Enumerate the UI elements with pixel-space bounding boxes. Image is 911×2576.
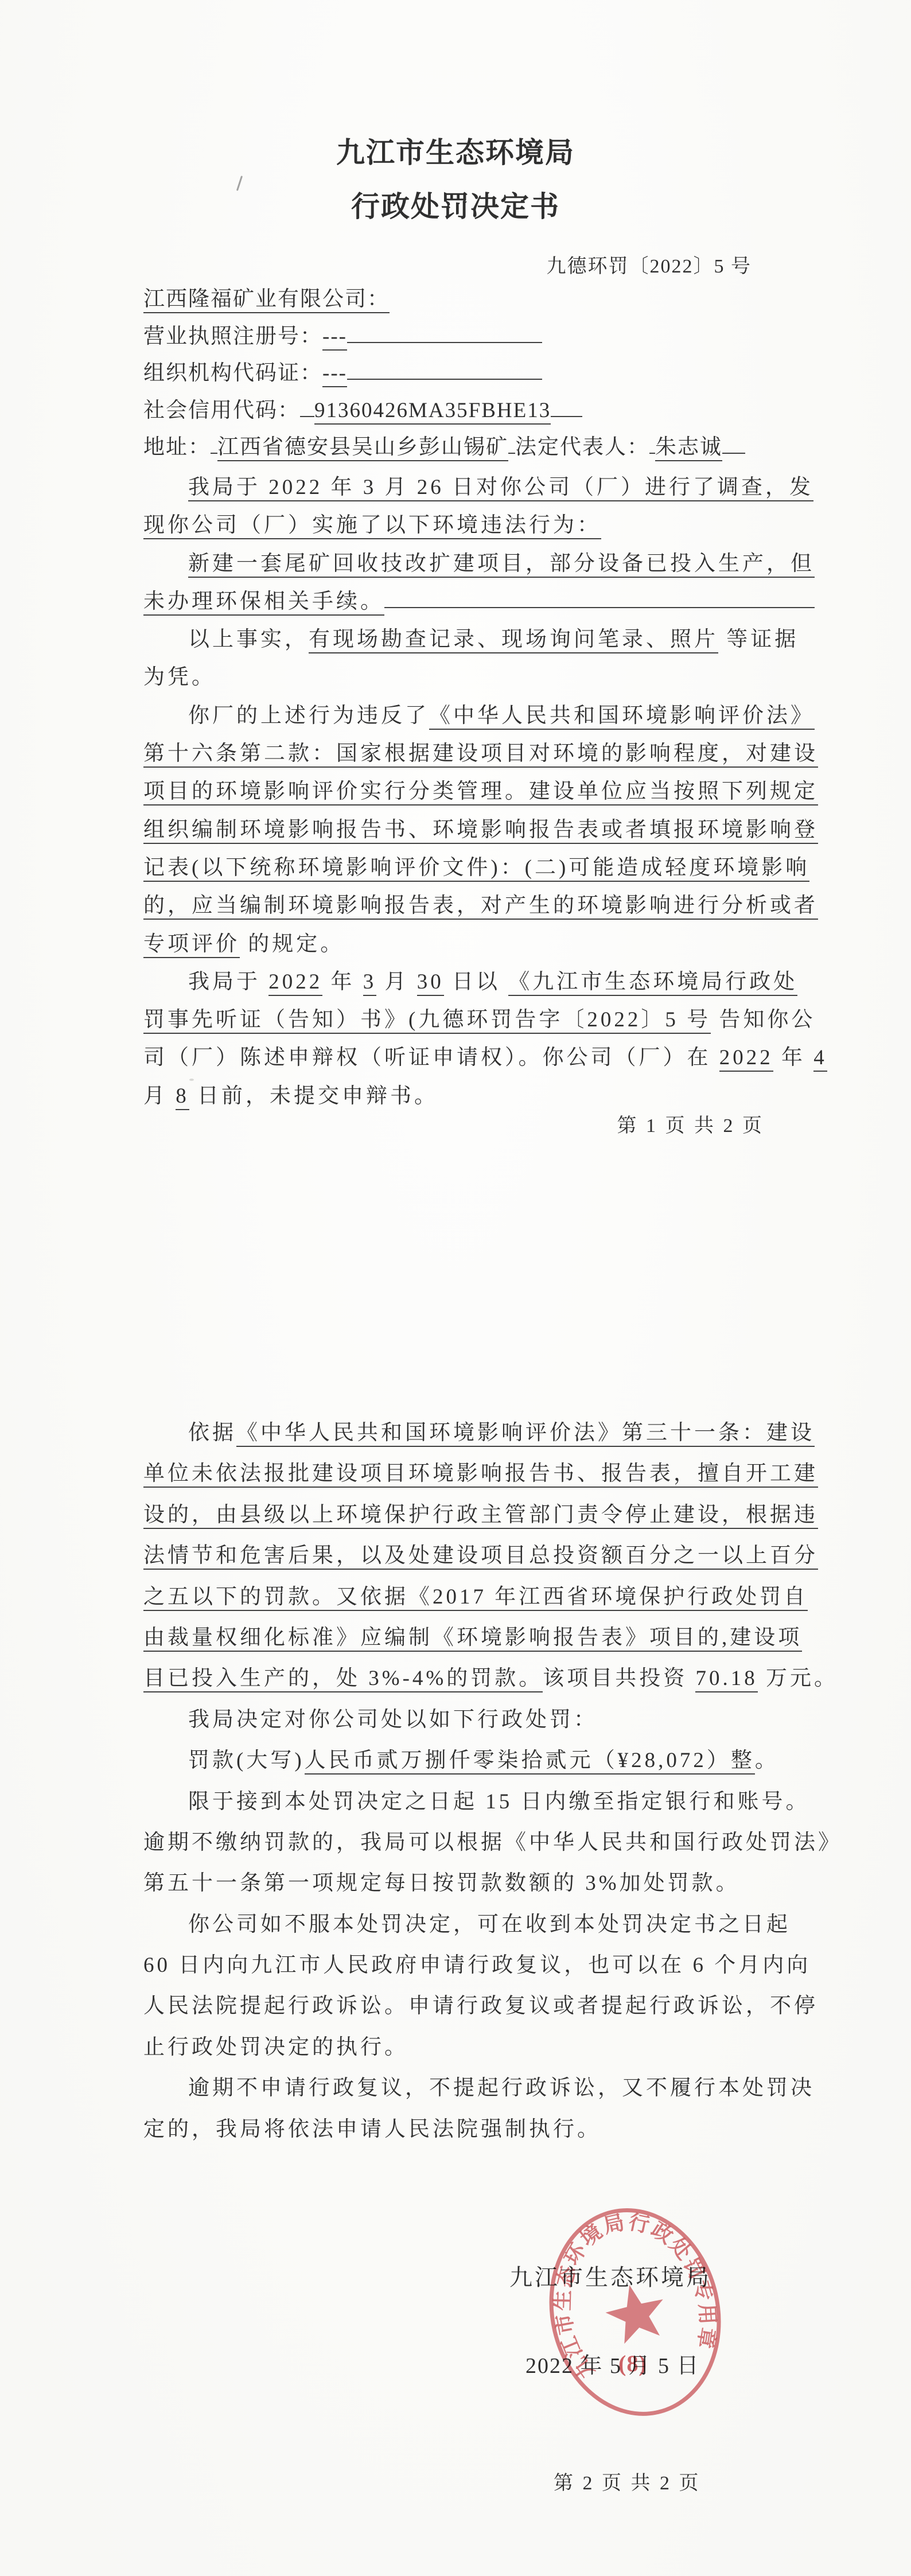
line-text: 逾期不申请行政复议，不提起行政诉讼，又不履行本处罚决 (188, 2076, 815, 2100)
document-line: 的，应当编制环境影响报告表，对产生的环境影响进行分析或者 (143, 887, 826, 925)
page1-footer: 第 1 页 共 2 页 (617, 1110, 765, 1138)
document-line: 组织机构代码证：--- (143, 355, 826, 392)
document-line: 目已投入生产的，处 3%-4%的罚款。该项目共投资 70.18 万元。 (143, 1658, 826, 1699)
line-text: 逾期不缴纳罚款的，我局可以根据《中华人民共和国行政处罚法》 (143, 1831, 842, 1854)
seal-graphic: 九江市生态环境局行政处罚专用章 (523, 2184, 753, 2449)
line-text: 万元。 (758, 1667, 838, 1690)
filled-blank-text: 之五以下的罚款。又依据《2017 年江西省环境保护行政处罚自 (143, 1585, 808, 1611)
filled-blank-text: 由裁量权细化标准》应编制《环境影响报告表》项目的,建设项 (143, 1626, 802, 1652)
blank-underline-segment (300, 394, 314, 417)
document-line: 新建一套尾矿回收技改扩建项目，部分设备已投入生产，但 (143, 545, 826, 583)
line-text: 我局于 (188, 970, 268, 994)
line-text: 第五十一条第一项规定每日按罚款数额的 3%加处罚款。 (143, 1871, 740, 1895)
filled-blank-text: 专项评价 (143, 932, 240, 958)
line-text: 为凭。 (143, 666, 216, 689)
document-line: 罚款(大写)人民币贰万捌仟零柒拾贰元（¥28,072）整。 (143, 1740, 826, 1781)
seal-code: (8) (618, 2350, 647, 2377)
filled-blank-text: 30 (417, 970, 444, 996)
line-text: 罚款(大写) (188, 1749, 305, 1772)
blank-underline-segment (551, 394, 582, 417)
document-line: 依据《中华人民共和国环境影响评价法》第三十一条：建设 (143, 1412, 826, 1453)
page2-body: 依据《中华人民共和国环境影响评价法》第三十一条：建设单位未依法报批建设项目环境影… (143, 1412, 826, 2150)
filled-blank-text: 未办理环保相关手续。 (143, 590, 384, 616)
page2-footer: 第 2 页 共 2 页 (554, 2467, 701, 2495)
document-line: 专项评价 的规定。 (143, 925, 826, 963)
document-sheet: 九江市生态环境局 行政处罚决定书 九德环罚〔2022〕5 号 江西隆福矿业有限公… (0, 0, 911, 2576)
line-text: 营业执照注册号： (143, 325, 322, 348)
line-text: 年 (773, 1046, 814, 1069)
document-line: 我局决定对你公司处以如下行政处罚： (143, 1699, 826, 1740)
line-text: 等证据 (718, 628, 799, 651)
document-line: 第十六条第二款：国家根据建设项目对环境的影响程度，对建设 (143, 735, 826, 773)
document-line: 司（厂）陈述申辩权（听证申请权）。你公司（厂）在 2022 年 4 (143, 1039, 826, 1077)
blank-underline-segment (347, 320, 542, 343)
document-line: 组织编制环境影响报告书、环境影响报告表或者填报环境影响登 (143, 811, 826, 849)
line-text: 60 日内向九江市人民政府申请行政复议，也可以在 6 个月内向 (143, 1954, 811, 1977)
line-text: 定的，我局将依法申请人民法院强制执行。 (143, 2118, 601, 2141)
document-line: 逾期不缴纳罚款的，我局可以根据《中华人民共和国行政处罚法》 (143, 1822, 826, 1863)
document-line: 定的，我局将依法申请人民法院强制执行。 (143, 2109, 826, 2150)
page1-body: 我局于 2022 年 3 月 26 日对你公司（厂）进行了调查，发现你公司（厂）… (143, 469, 826, 1115)
document-title-line2: 行政处罚决定书 (0, 184, 911, 225)
document-line: 记表(以下统称环境影响评价文件)：(二)可能造成轻度环境影响 (143, 849, 826, 887)
document-number: 九德环罚〔2022〕5 号 (547, 250, 752, 278)
filled-blank-text: 8 (176, 1084, 189, 1110)
line-text: 依据 (188, 1421, 236, 1445)
document-line: 单位未依法报批建设项目环境影响报告书、报告表，擅自开工建 (143, 1453, 826, 1494)
document-line: 你公司如不服本处罚决定，可在收到本处罚决定书之日起 (143, 1904, 826, 1945)
line-text: 日前，未提交申辩书。 (189, 1084, 438, 1108)
filled-blank-text: 法情节和危害后果，以及处建设项目总投资额百分之一以上百分 (143, 1544, 818, 1570)
document-line: 止行政处罚决定的执行。 (143, 2027, 826, 2068)
line-text: 以上事实， (188, 628, 309, 651)
filled-blank-text: 组织编制环境影响报告书、环境影响报告表或者填报环境影响登 (143, 818, 818, 844)
filled-blank-text: --- (322, 325, 347, 351)
document-line: 未办理环保相关手续。 (143, 583, 826, 621)
filled-blank-text: 4 (813, 1046, 827, 1072)
filled-blank-text: 单位未依法报批建设项目环境影响报告书、报告表，擅自开工建 (143, 1462, 818, 1488)
filled-blank-text: 人民币贰万捌仟零柒拾贰元（¥28,072）整 (305, 1749, 755, 1775)
document-line: 限于接到本处罚决定之日起 15 日内缴至指定银行和账号。 (143, 1781, 826, 1822)
filled-blank-text: 第十六条第二款：国家根据建设项目对环境的影响程度，对建设 (143, 742, 818, 768)
line-text: 年 (322, 970, 363, 994)
filled-blank-text: 记表(以下统称环境影响评价文件)：(二)可能造成轻度环境影响 (143, 856, 809, 882)
line-text: 地址： (143, 435, 211, 459)
line-text: 你厂的上述行为违反了 (188, 704, 429, 727)
filled-blank-text: 现你公司（厂）实施了以下环境违法行为： (143, 513, 601, 539)
document-line: 我局于 2022 年 3 月 30 日以 《九江市生态环境局行政处 (143, 963, 826, 1001)
document-line: 营业执照注册号：--- (143, 318, 826, 356)
line-text: 限于接到本处罚决定之日起 15 日内缴至指定银行和账号。 (188, 1790, 810, 1814)
document-line: 之五以下的罚款。又依据《2017 年江西省环境保护行政处罚自 (143, 1577, 826, 1617)
document-line: 第五十一条第一项规定每日按罚款数额的 3%加处罚款。 (143, 1863, 826, 1904)
line-text: 我局决定对你公司处以如下行政处罚： (188, 1708, 598, 1731)
line-text: 日以 (444, 970, 509, 994)
document-line: 罚事先听证（告知）书》(九德环罚告字〔2022〕5 号 告知你公 (143, 1001, 826, 1039)
line-text: 月 (143, 1084, 176, 1108)
filled-blank-text: 70.18 (695, 1667, 757, 1692)
blank-underline-segment (384, 585, 815, 608)
filled-blank-text: 罚事先听证（告知）书》(九德环罚告字〔2022〕5 号 (143, 1008, 711, 1034)
filled-blank-text: 江西隆福矿业有限公司： (143, 287, 390, 313)
official-seal: 九江市生态环境局行政处罚专用章 (523, 2184, 753, 2449)
filled-blank-text: 江西省德安县吴山乡彭山锡矿 (217, 435, 508, 461)
document-line: 项目的环境影响评价实行分类管理。建设单位应当按照下列规定 (143, 773, 826, 811)
filled-blank-text: 设的，由县级以上环境保护行政主管部门责令停止建设，根据违 (143, 1503, 818, 1529)
line-text: 社会信用代码： (143, 399, 300, 422)
line-text: 的规定。 (240, 932, 344, 956)
seal-star (601, 2278, 671, 2346)
filled-blank-text: 目已投入生产的，处 3%-4%的罚款。 (143, 1667, 543, 1692)
filled-blank-text: 《中华人民共和国环境影响评价法》第三十一条：建设 (236, 1421, 815, 1447)
document-line: 你厂的上述行为违反了《中华人民共和国环境影响评价法》 (143, 697, 826, 735)
blank-underline-segment (347, 356, 542, 380)
document-line: 为凭。 (143, 659, 826, 696)
filled-blank-text: --- (322, 361, 347, 387)
document-line: 地址：江西省德安县吴山乡彭山锡矿法定代表人：朱志诚 (143, 429, 826, 466)
blank-underline-segment (649, 430, 655, 454)
document-line: 法情节和危害后果，以及处建设项目总投资额百分之一以上百分 (143, 1535, 826, 1576)
filled-blank-text: 有现场勘查记录、现场询问笔录、照片 (309, 628, 718, 653)
line-text: 止行政处罚决定的执行。 (143, 2036, 408, 2059)
document-title-line1: 九江市生态环境局 (0, 130, 911, 171)
filled-blank-text: 3 (363, 970, 377, 996)
filled-blank-text: 的，应当编制环境影响报告表，对产生的环境影响进行分析或者 (143, 894, 818, 920)
document-line: 设的，由县级以上环境保护行政主管部门责令停止建设，根据违 (143, 1495, 826, 1535)
filled-blank-text: 2022 (268, 970, 322, 996)
line-text: 组织机构代码证： (143, 361, 322, 385)
document-line: 人民法院提起行政诉讼。申请行政复议或者提起行政诉讼，不停 (143, 1986, 826, 2026)
document-line: 现你公司（厂）实施了以下环境违法行为： (143, 507, 826, 544)
blank-underline-segment (211, 430, 217, 454)
document-line: 60 日内向九江市人民政府申请行政复议，也可以在 6 个月内向 (143, 1945, 826, 1986)
filled-blank-text: 新建一套尾矿回收技改扩建项目，部分设备已投入生产，但 (188, 552, 815, 578)
line-text: 法定代表人： (515, 435, 649, 459)
document-line: 社会信用代码：91360426MA35FBHE13 (143, 392, 826, 430)
line-text: 该项目共投资 (543, 1667, 695, 1690)
line-text: 人民法院提起行政诉讼。申请行政复议或者提起行政诉讼，不停 (143, 1994, 818, 2018)
recipient-info-block: 江西隆福矿业有限公司：营业执照注册号：---组织机构代码证：---社会信用代码：… (143, 281, 826, 466)
filled-blank-text: 91360426MA35FBHE13 (314, 399, 551, 425)
document-line: 以上事实，有现场勘查记录、现场询问笔录、照片 等证据 (143, 621, 826, 659)
line-text: 司（厂）陈述申辩权（听证申请权）。你公司（厂）在 (143, 1046, 719, 1069)
filled-blank-text: 《九江市生态环境局行政处 (508, 970, 797, 996)
filled-blank-text: 我局于 2022 年 3 月 26 日对你公司（厂）进行了调查，发 (188, 476, 813, 501)
filled-blank-text: 《中华人民共和国环境影响评价法》 (429, 704, 815, 730)
filled-blank-text: 朱志诚 (655, 435, 722, 461)
document-line: 由裁量权细化标准》应编制《环境影响报告表》项目的,建设项 (143, 1617, 826, 1658)
line-text: 。 (755, 1749, 779, 1772)
blank-underline-segment (722, 430, 745, 454)
line-text: 月 (376, 970, 417, 994)
document-line: 江西隆福矿业有限公司： (143, 281, 826, 318)
filled-blank-text: 2022 (719, 1046, 773, 1072)
document-line: 我局于 2022 年 3 月 26 日对你公司（厂）进行了调查，发 (143, 469, 826, 507)
blank-underline-segment (508, 430, 515, 454)
document-line: 逾期不申请行政复议，不提起行政诉讼，又不履行本处罚决 (143, 2068, 826, 2108)
line-text: 你公司如不服本处罚决定，可在收到本处罚决定书之日起 (188, 1913, 791, 1936)
filled-blank-text: 项目的环境影响评价实行分类管理。建设单位应当按照下列规定 (143, 780, 818, 806)
line-text: 告知你公 (711, 1008, 815, 1032)
